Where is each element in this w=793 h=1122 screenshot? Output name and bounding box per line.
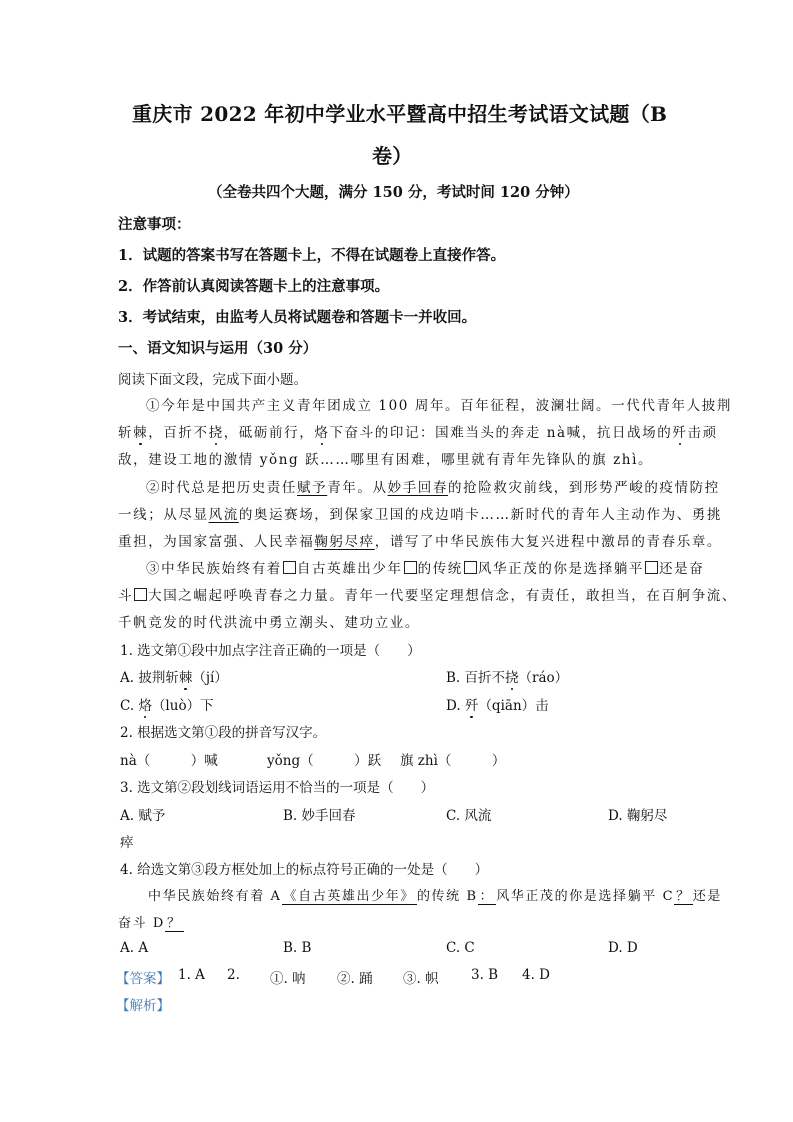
q2-blank-yong: yǒng（ ）跃 <box>267 749 381 769</box>
notes-heading: 注意事项： <box>118 213 191 234</box>
q3-option-d-overflow: 瘁 <box>120 831 134 851</box>
exam-page: 重庆市 2022 年初中学业水平暨高中招生考试语文试题（B 卷） （全卷共四个大… <box>0 0 793 1122</box>
para3-line1: ③中华民族始终有着自古英雄出少年的传统风华正茂的你是选择躺平还是奋 <box>146 557 704 577</box>
para2-line3: 重担，为国家富强、人民幸福鞠躬尽瘁，谱写了中华民族伟大复兴进程中激昂的青春乐章。 <box>118 530 722 550</box>
para3-line2: 斗大国之崛起呼唤青春之力量。青年一代要坚定理想信念，有责任，敢担当，在百舸争流、 <box>118 584 737 604</box>
q1-option-c: C. 烙（luò）下 <box>120 694 214 714</box>
dotted-char: 挠 <box>209 425 224 441</box>
answer-item: 1. A <box>178 967 205 983</box>
q3-option-d: D. 鞠躬尽 <box>608 804 667 824</box>
answer-item: ③. 帜 <box>403 967 439 987</box>
marked-punct-c: ？ <box>674 885 693 905</box>
para2-line1: ②时代总是把历史责任赋予青年。从妙手回春的抢险救灾前线，到形势严峻的疫情防控 <box>146 476 720 496</box>
question-1-stem: 1. 选文第①段中加点字注音正确的一项是（ ） <box>120 639 421 659</box>
dotted-char: 烙 <box>314 425 329 441</box>
instruction: 阅读下面文段，完成下面小题。 <box>118 368 307 388</box>
dotted-char: 歼 <box>672 425 687 441</box>
page-subtitle: （全卷共四个大题，满分 150 分，考试时间 120 分钟） <box>208 181 579 202</box>
note-item: 2．作答前认真阅读答题卡上的注意事项。 <box>118 275 389 296</box>
blank-box <box>645 561 658 574</box>
para2-line2: 一线；从尽显风流的奥运赛场，到保家卫国的戍边哨卡……新时代的青年人主动作为、勇挑 <box>118 503 722 523</box>
page-title-cont: 卷） <box>372 140 413 169</box>
q1-option-b: B. 百折不挠（ráo） <box>446 666 568 686</box>
q4-option-d: D. D <box>608 940 638 956</box>
q4-option-c: C. C <box>446 940 475 956</box>
question-4-stem: 4. 给选文第③段方框处加上的标点符号正确的一处是（ ） <box>120 858 488 878</box>
underlined-word: 妙手回春 <box>388 480 448 496</box>
underlined-word: 赋予 <box>297 480 327 496</box>
answer-item: 4. D <box>522 967 550 983</box>
section-heading: 一、语文知识与运用（30 分） <box>118 337 317 358</box>
q4-option-a: A. A <box>120 940 148 956</box>
question-2-stem: 2. 根据选文第①段的拼音写汉字。 <box>120 721 326 741</box>
q3-option-c: C. 风流 <box>446 804 491 824</box>
para1-line1: ①今年是中国共产主义青年团成立 100 周年。百年征程，波澜壮阔。一代代青年人披… <box>146 394 732 414</box>
q2-blank-na: nà（ ）喊 <box>120 749 218 769</box>
underlined-word: 鞠躬尽瘁 <box>314 534 374 550</box>
para1-line2: 斩棘，百折不挠，砥砺前行，烙下奋斗的印记：国难当头的奔走 nà喊，抗日战场的歼击… <box>118 421 718 441</box>
q4-excerpt-line1: 中华民族始终有着 A《自古英雄出少年》的传统 B：风华正茂的你是选择躺平 C？还… <box>148 885 722 905</box>
blank-box <box>464 561 477 574</box>
page-title: 重庆市 2022 年初中学业水平暨高中招生考试语文试题（B <box>132 98 667 127</box>
marked-punct-d: ？ <box>165 912 184 932</box>
q1-option-a: A. 披荆斩棘（jí） <box>120 666 228 686</box>
underlined-word: 风流 <box>209 507 239 523</box>
q3-option-b: B. 妙手回春 <box>283 804 356 824</box>
para3-line3: 千帆竞发的时代洪流中勇立潮头、建功立业。 <box>118 611 420 631</box>
blank-box <box>283 561 296 574</box>
answer-item: ②. 踊 <box>337 967 373 987</box>
analysis-tag: 【解析】 <box>116 994 170 1014</box>
note-item: 1．试题的答案书写在答题卡上，不得在试题卷上直接作答。 <box>118 244 505 265</box>
marked-punct-b: ： <box>478 885 497 905</box>
question-3-stem: 3. 选文第②段划线词语运用不恰当的一项是（ ） <box>120 776 434 796</box>
answer-tag: 【答案】 <box>116 967 170 987</box>
blank-box <box>404 561 417 574</box>
answer-item: 3. B <box>471 967 498 983</box>
q4-option-b: B. B <box>283 940 311 956</box>
q2-blank-zhi: 旗 zhì（ ） <box>400 749 505 769</box>
q4-excerpt-line2: 奋斗 D？ <box>118 912 184 932</box>
blank-box <box>134 588 147 601</box>
note-item: 3．考试结束，由监考人员将试题卷和答题卡一并收回。 <box>118 306 476 327</box>
q3-option-a: A. 赋予 <box>120 804 165 824</box>
q1-option-d: D. 歼（qiān）击 <box>446 694 549 714</box>
answer-item: 2. <box>227 967 240 983</box>
dotted-char: 棘 <box>133 425 148 441</box>
answer-item: ①. 呐 <box>270 967 306 987</box>
para1-line3: 敌，建设工地的激情 yǒng 跃……哪里有困难，哪里就有青年先锋队的旗 zhì。 <box>118 448 653 468</box>
marked-punct-a: 《自古英雄出少年》 <box>282 885 417 905</box>
